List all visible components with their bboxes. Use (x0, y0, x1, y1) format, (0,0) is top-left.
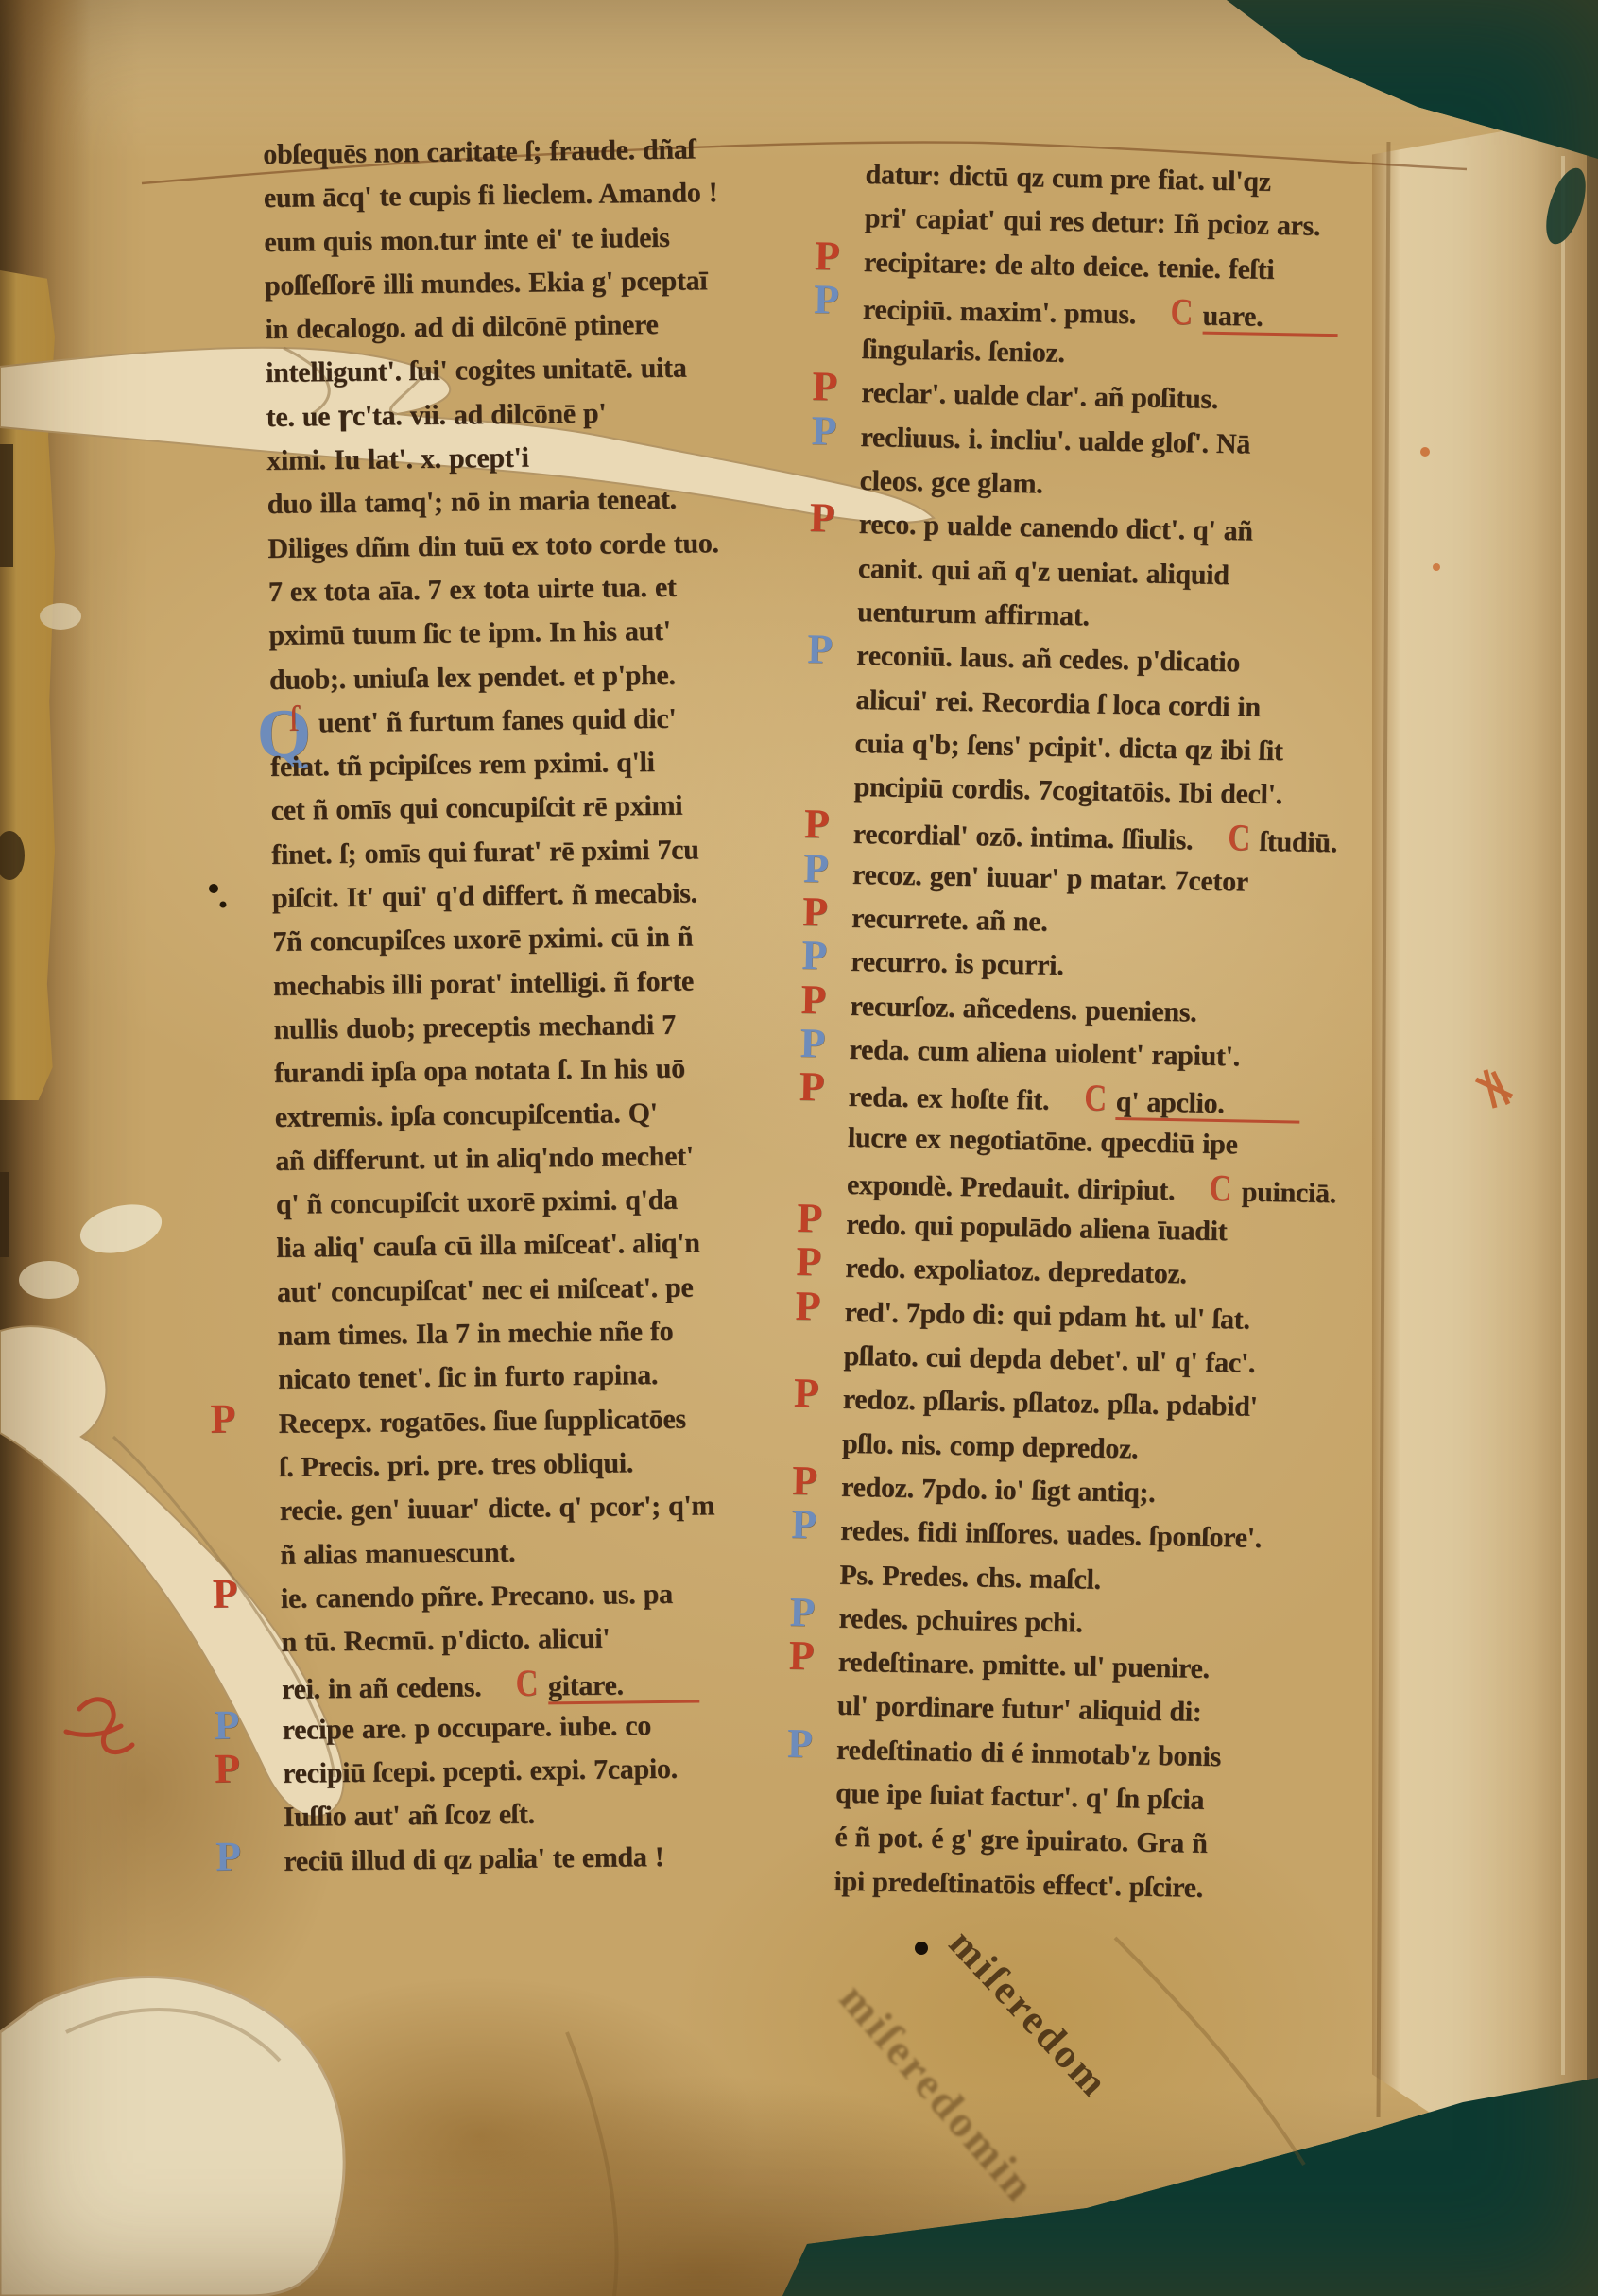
line-text: aut' concupiſcat' nec ei miſceat'. pe (277, 1271, 694, 1307)
right-edge-shadow (1587, 151, 1598, 2080)
line-text: pſlo. nis. comp depredoz. (842, 1427, 1139, 1464)
colored-initial: P (799, 1068, 825, 1106)
text-line: n tū. Recmū. p'dicto. alicui' (281, 1615, 858, 1666)
line-text: redo. expoliatoz. depredatoz. (845, 1252, 1187, 1290)
line-text: cleos. gce glam. (859, 465, 1042, 500)
colored-initial: P (215, 1750, 240, 1787)
line-text: mechabis illi porat' intelligi. ñ forte (273, 965, 694, 1001)
line-text: eum quis mon.tur inte ei' te iudeis (264, 221, 670, 257)
colored-initial: P (787, 1724, 813, 1762)
line-text: ie. canendo pñre. Precano. us. pa (281, 1579, 673, 1614)
line-text: recoz. gen' iuuar' p matar. 7cetor (852, 859, 1248, 898)
text-line: nullis duob; preceptis mechandi 7 (273, 1002, 851, 1053)
colored-initial: P (215, 1838, 241, 1875)
text-line: Preciū illud di qz palia' te emda ! (284, 1834, 861, 1885)
text-line: nam times. Ila 7 in mechie nñe fo (277, 1308, 854, 1359)
rubric-tail-text: q' apclio. (1115, 1086, 1299, 1124)
line-text: ſingularis. ſenioz. (862, 334, 1065, 369)
line-text: uent' ñ furtum fanes quid dic' (318, 703, 677, 739)
line-text: cet ñ omīs qui concupiſcit rē pximi (271, 790, 683, 826)
line-text: 7ñ concupiſces uxorē pximi. cū in ñ (272, 922, 693, 958)
colored-initial: P (792, 1462, 817, 1500)
text-line: finet. ſ; omīs qui furat' rē pximi 7cu (271, 827, 849, 878)
text-line: 7ñ concupiſces uxorē pximi. cū in ñ (272, 915, 850, 966)
red-paragraph-mark: C (1170, 291, 1193, 333)
fore-edge-highlight (1561, 156, 1565, 2075)
line-text: red'. 7pdo di: qui pdam ht. ul' ſat. (844, 1297, 1250, 1336)
text-line: duob;. uniuſa lex pendet. et p'phe. (269, 652, 847, 703)
text-line: pximū tuum ſic te ipm. In his aut' (268, 609, 846, 660)
text-line: cet ñ omīs qui concupiſcit rē pximi (270, 784, 848, 835)
line-text: redeſtinatio di é inmotab'z bonis (836, 1734, 1221, 1771)
colored-initial: Qſ (257, 719, 312, 749)
line-text: recipiū ſcepi. pcepti. expi. 7capio. (283, 1753, 678, 1789)
text-line: extremis. ipſa concupiſcentia. Q' (274, 1090, 851, 1141)
colored-initial: P (794, 1374, 819, 1412)
line-text: recie. gen' iuuar' dicte. q' pcor'; q'm (280, 1490, 715, 1527)
line-text: n tū. Recmū. p'dicto. alicui' (281, 1623, 610, 1658)
colored-initial: P (814, 281, 839, 319)
text-line: 7 ex tota aīa. 7 ex tota uirte tua. et (268, 564, 846, 615)
text-line: furandi ipſa opa notata ſ. In his uō (274, 1046, 851, 1097)
line-text: añ differunt. ut in aliq'ndo mechet' (275, 1140, 694, 1176)
line-text: nam times. Ila 7 in mechie nñe fo (277, 1316, 673, 1352)
colored-initial: P (811, 412, 836, 450)
line-text: eum ācq' te cupis fi lieclem. Amando ! (264, 177, 718, 214)
line-text: redes. pchuires pchi. (838, 1603, 1083, 1639)
line-text: que ipe ſuiat factur'. q' ſn pſcia (835, 1778, 1205, 1816)
right-text-column: datur: dictū qz cum pre fiat. ul'qz pri'… (833, 154, 1404, 1914)
line-text: recurrete. añ ne. (851, 903, 1048, 938)
colored-initial: P (789, 1594, 815, 1631)
line-text: pſlato. cui depda debet'. ul' q' fac'. (843, 1340, 1255, 1379)
line-text: intelligunt'. ſui' cogites unitatē. uita (266, 353, 687, 388)
line-text: poſſeſſorē illi mundes. Ekia g' pceptaī (265, 265, 708, 302)
text-line: intelligunt'. ſui' cogites unitatē. uita (266, 346, 843, 397)
colored-initial: P (791, 1506, 816, 1544)
line-text: piſcit. It' qui' q'd differt. ñ mecabis. (272, 877, 697, 913)
text-line: poſſeſſorē illi mundes. Ekia g' pceptaī (265, 258, 842, 309)
line-text: ñ alias manuescunt. (280, 1536, 515, 1570)
red-paragraph-mark: C (1209, 1167, 1231, 1209)
text-line: lia aliq' cauſa cū illa miſceat'. aliq'n (276, 1221, 853, 1272)
line-text: ximi. Iu lat'. x. pcept'i (266, 442, 529, 476)
line-text: duo illa tamq'; nō in maria teneat. (267, 484, 677, 520)
colored-initial: P (797, 1200, 822, 1237)
line-text: recurſoz. añcedens. pueniens. (850, 990, 1196, 1027)
colored-initial: P (789, 1637, 815, 1675)
left-text-column: obſequēs non caritate ſ; fraude. dñaſ eu… (263, 128, 861, 1885)
colored-initial: P (804, 805, 830, 843)
line-text: lucre ex negotiatōne. qpecdiū ipe (848, 1121, 1238, 1160)
text-line: ſ. Precis. pri. pre. tres obliqui. (279, 1440, 856, 1491)
rubric-tail-text: gitare. (548, 1669, 699, 1705)
line-text: recipiū. maxim'. pmus. (863, 294, 1137, 330)
colored-initial: P (213, 1575, 238, 1613)
line-text: Diliges dñm din tuū ex toto corde tuo. (267, 527, 719, 564)
line-text: recordial' ozō. intima. ſſiulis. (853, 819, 1194, 856)
line-text: Recepx. rogatōes. ſiue ſupplicatōes (278, 1403, 685, 1439)
line-text: reconiū. laus. añ cedes. p'dicatio (856, 640, 1240, 678)
text-line: feiat. tñ pcipiſces rem pximi. q'li (270, 740, 848, 791)
text-line: eum quis mon.tur inte ei' te iudeis (264, 215, 841, 266)
colored-initial: P (810, 499, 835, 537)
rubric-tail-text: puinciā. (1242, 1176, 1337, 1209)
line-text: recliuus. i. incliu'. ualde gloſ'. Nā (860, 422, 1250, 460)
line-text: redoz. pſlaris. pſlatoz. pſla. pdabid' (843, 1384, 1258, 1423)
text-line: recie. gen' iuuar' dicte. q' pcor'; q'm (280, 1484, 857, 1535)
line-text: reciū illud di qz palia' te emda ! (284, 1841, 663, 1877)
line-text: te. ue ꞅc'ta. vii. ad dilcōnē p' (266, 397, 606, 432)
line-text: nullis duob; preceptis mechandi 7 (273, 1010, 676, 1045)
line-text: ul' pordinare futur' aliquid di: (837, 1690, 1202, 1728)
colored-initial: P (812, 368, 837, 406)
line-text: q' ñ concupiſcit uxorē pximi. q'da (276, 1184, 678, 1220)
line-text: Ps. Predes. chs. maſcl. (839, 1559, 1101, 1595)
colored-initial: P (214, 1706, 239, 1744)
text-line: obſequēs non caritate ſ; fraude. dñaſ (263, 128, 840, 179)
line-text: rei. in añ cedens. (282, 1672, 482, 1706)
colored-initial: P (796, 1243, 821, 1281)
line-text: pri' capiat' qui res detur: Iñ pcioz ars… (864, 202, 1320, 242)
line-text: furandi ipſa opa notata ſ. In his uō (274, 1053, 685, 1089)
colored-initial: P (807, 630, 833, 668)
line-text: reda. cum aliena uiolent' rapiut'. (849, 1034, 1240, 1073)
manuscript-photo: obſequēs non caritate ſ; fraude. dñaſ eu… (0, 0, 1598, 2296)
text-line: aut' concupiſcat' nec ei miſceat'. pe (277, 1265, 854, 1316)
text-line: eum ācq' te cupis fi lieclem. Amando ! (264, 171, 841, 222)
text-line: piſcit. It' qui' q'd differt. ñ mecabis. (272, 872, 850, 923)
red-paragraph-mark: C (1227, 818, 1249, 859)
line-text: pximū tuum ſic te ipm. In his aut' (268, 615, 671, 651)
text-line: ximi. Iu lat'. x. pcept'i (266, 434, 844, 485)
text-line: Iuſſio aut' añ ſcoz eſt. (283, 1790, 860, 1841)
colored-initial: P (799, 1025, 825, 1062)
line-text: nicato tenet'. ſic in furto rapina. (278, 1359, 658, 1395)
line-text: redoz. 7pdo. io' ſigt antiq;. (841, 1472, 1156, 1509)
line-text: 7 ex tota aīa. 7 ex tota uirte tua. et (268, 572, 677, 608)
text-line: mechabis illi porat' intelligi. ñ forte (273, 958, 851, 1010)
text-line: Diliges dñm din tuū ex toto corde tuo. (267, 521, 845, 572)
colored-initial: P (803, 850, 829, 888)
colored-initial: P (795, 1287, 820, 1325)
line-text: expondè. Predauit. diripiut. (847, 1169, 1176, 1206)
line-text: recurro. is pcurri. (851, 946, 1064, 981)
text-line: duo illa tamq'; nō in maria teneat. (267, 477, 845, 528)
colored-initial: P (800, 981, 826, 1019)
text-line: Precipe are. p occupare. iube. co (282, 1702, 859, 1753)
colored-initial: P (801, 937, 827, 975)
rubric-tail-text: uare. (1202, 300, 1338, 337)
text-line: rei. in añ cedens.Cgitare. (282, 1659, 859, 1710)
line-text: datur: dictū qz cum pre fiat. ul'qz (865, 159, 1271, 198)
rubric-tail-text: ſtudiū. (1260, 826, 1338, 858)
line-text: alicui' rei. Recordia ſ loca cordi in (855, 683, 1261, 722)
line-text: duob;. uniuſa lex pendet. et p'phe. (269, 659, 676, 695)
binding-leather-strap (0, 270, 55, 1100)
red-paragraph-mark: C (516, 1663, 539, 1704)
line-text: redo. qui populādo aliena īuadit (846, 1209, 1228, 1247)
line-text: reda. ex hoſte fit. (848, 1081, 1049, 1116)
line-text: extremis. ipſa concupiſcentia. Q' (275, 1097, 658, 1133)
text-line: Qſuent' ñ furtum fanes quid dic' (269, 696, 847, 747)
line-text: recipe are. p occupare. iube. co (282, 1710, 651, 1746)
line-text: in decalogo. ad di dilcōnē ptinere (265, 309, 658, 345)
line-text: Iuſſio aut' añ ſcoz eſt. (284, 1799, 535, 1833)
line-text: feiat. tñ pcipiſces rem pximi. q'li (270, 747, 655, 783)
text-line: te. ue ꞅc'ta. vii. ad dilcōnē p' (266, 389, 843, 440)
text-line: nicato tenet'. ſic in furto rapina. (278, 1353, 855, 1404)
line-text: é ñ pot. é g' gre ipuirato. Gra ñ (834, 1821, 1208, 1859)
line-text: canit. qui añ q'z ueniat. aliquid (858, 553, 1229, 591)
line-text: reco. p ualde canendo dict'. q' añ (859, 509, 1254, 547)
colored-initial: P (815, 237, 840, 275)
red-paragraph-mark: C (1083, 1078, 1106, 1119)
line-text: ipi predeſtinatōis effect'. pſcire. (833, 1865, 1203, 1903)
line-text: redes. fidi inſſores. uades. ſponſore'. (840, 1515, 1262, 1554)
text-line: Precipiū ſcepi. pcepti. expi. 7capio. (283, 1746, 860, 1797)
colored-initial: P (802, 893, 828, 931)
initial-flourish: ſ (288, 704, 299, 733)
text-line: q' ñ concupiſcit uxorē pximi. q'da (276, 1178, 853, 1229)
line-text: reclar'. ualde clar'. añ poſitus. (861, 377, 1218, 415)
text-line: Pie. canendo pñre. Precano. us. pa (281, 1571, 858, 1622)
text-line: ñ alias manuescunt. (280, 1528, 857, 1579)
line-text: obſequēs non caritate ſ; fraude. dñaſ (263, 133, 696, 170)
line-text: finet. ſ; omīs qui furat' rē pximi 7cu (271, 834, 699, 871)
line-text: cuia q'b; ſens' pcipit'. dicta qz ibi ſi… (854, 728, 1283, 767)
colored-initial: P (210, 1400, 235, 1438)
text-line: PRecepx. rogatōes. ſiue ſupplicatōes (278, 1396, 855, 1447)
line-text: lia aliq' cauſa cū illa miſceat'. aliq'n (276, 1228, 700, 1264)
text-line: añ differunt. ut in aliq'ndo mechet' (275, 1133, 852, 1184)
line-text: recipitare: de alto deice. tenie. feſti (864, 247, 1275, 285)
line-text: redeſtinare. pmitte. ul' puenire. (837, 1647, 1210, 1684)
line-text: pncipiū cordis. 7cogitatōis. Ibi decl'. (853, 771, 1282, 810)
line-text: ſ. Precis. pri. pre. tres obliqui. (279, 1447, 633, 1483)
line-text: uenturum affirmat. (857, 596, 1090, 631)
text-line: in decalogo. ad di dilcōnē ptinere (265, 302, 842, 354)
